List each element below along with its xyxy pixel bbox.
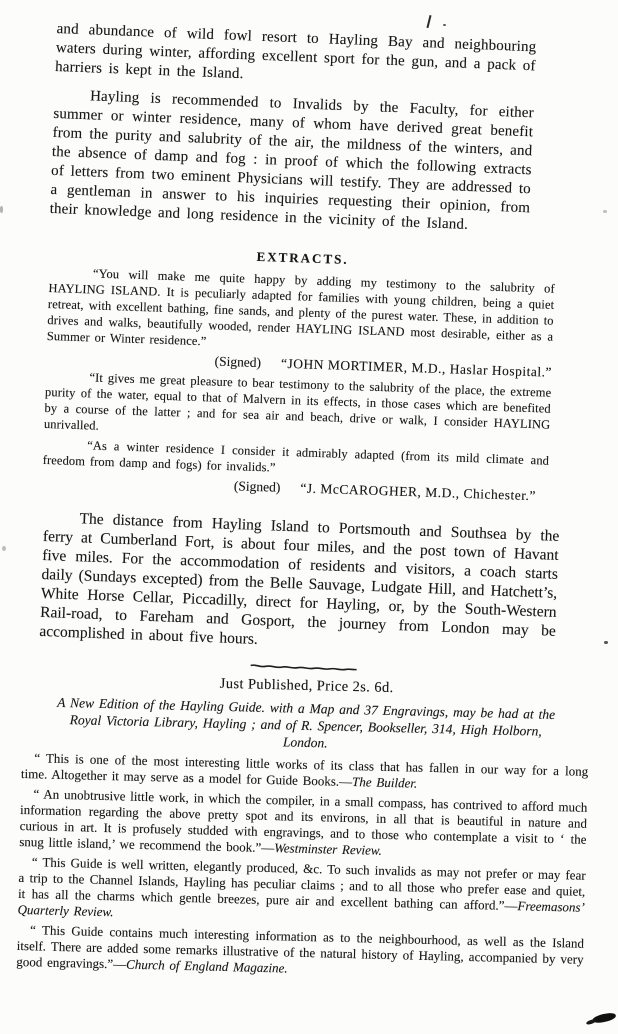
review-westminster: “ An unobtrusive little work, in which t… [19, 786, 587, 864]
ink-speck-icon [0, 206, 3, 213]
signed-name: “J. McCAROGHER, M.D., Chichester.” [300, 479, 536, 504]
ink-mark-icon [426, 15, 431, 28]
travel-section: The distance from Hayling Island to Port… [39, 508, 560, 660]
ink-speck-icon [604, 641, 608, 644]
review-source: The Builder. [352, 774, 417, 791]
signed-label: (Signed) [234, 477, 281, 496]
extract-quote-mccarogher-1: “It gives me great pleasure to bear test… [44, 368, 552, 449]
review-quote: “ This is one of the most interesting li… [21, 750, 589, 789]
review-source: Church of England Magazine. [126, 957, 288, 976]
signed-label: (Signed) [214, 353, 261, 372]
travel-paragraph: The distance from Hayling Island to Port… [39, 508, 560, 660]
intro-section: and abundance of wild fowl resort to Hay… [49, 20, 536, 237]
extract-quote-mortimer: “You will make me quite happy by adding … [47, 264, 555, 361]
ink-smudge-icon [586, 1019, 597, 1026]
review-source: Westminster Review. [274, 840, 382, 858]
ink-dot-icon [443, 24, 446, 26]
review-church: “ This Guide contains much interesting i… [16, 922, 584, 984]
ink-smudge-icon [591, 1012, 616, 1024]
section-divider-rule [250, 658, 358, 669]
book-page: and abundance of wild fowl resort to Hay… [0, 0, 618, 1034]
edition-notice: A New Edition of the Hayling Guide. with… [53, 694, 559, 757]
intro-paragraph-2: Hayling is recommended to Invalids by th… [49, 86, 534, 237]
intro-paragraph-1: and abundance of wild fowl resort to Hay… [55, 20, 537, 95]
extracts-section: EXTRACTS. “You will make me quite happy … [42, 242, 556, 509]
ink-speck-icon [603, 210, 607, 213]
advert-section: Just Published, Price 2s. 6d. A New Edit… [16, 650, 591, 984]
ink-speck-icon [2, 546, 6, 551]
squiggle-rule-icon [250, 663, 358, 674]
review-freemasons: “ This Guide is well written, elegantly … [17, 854, 585, 932]
